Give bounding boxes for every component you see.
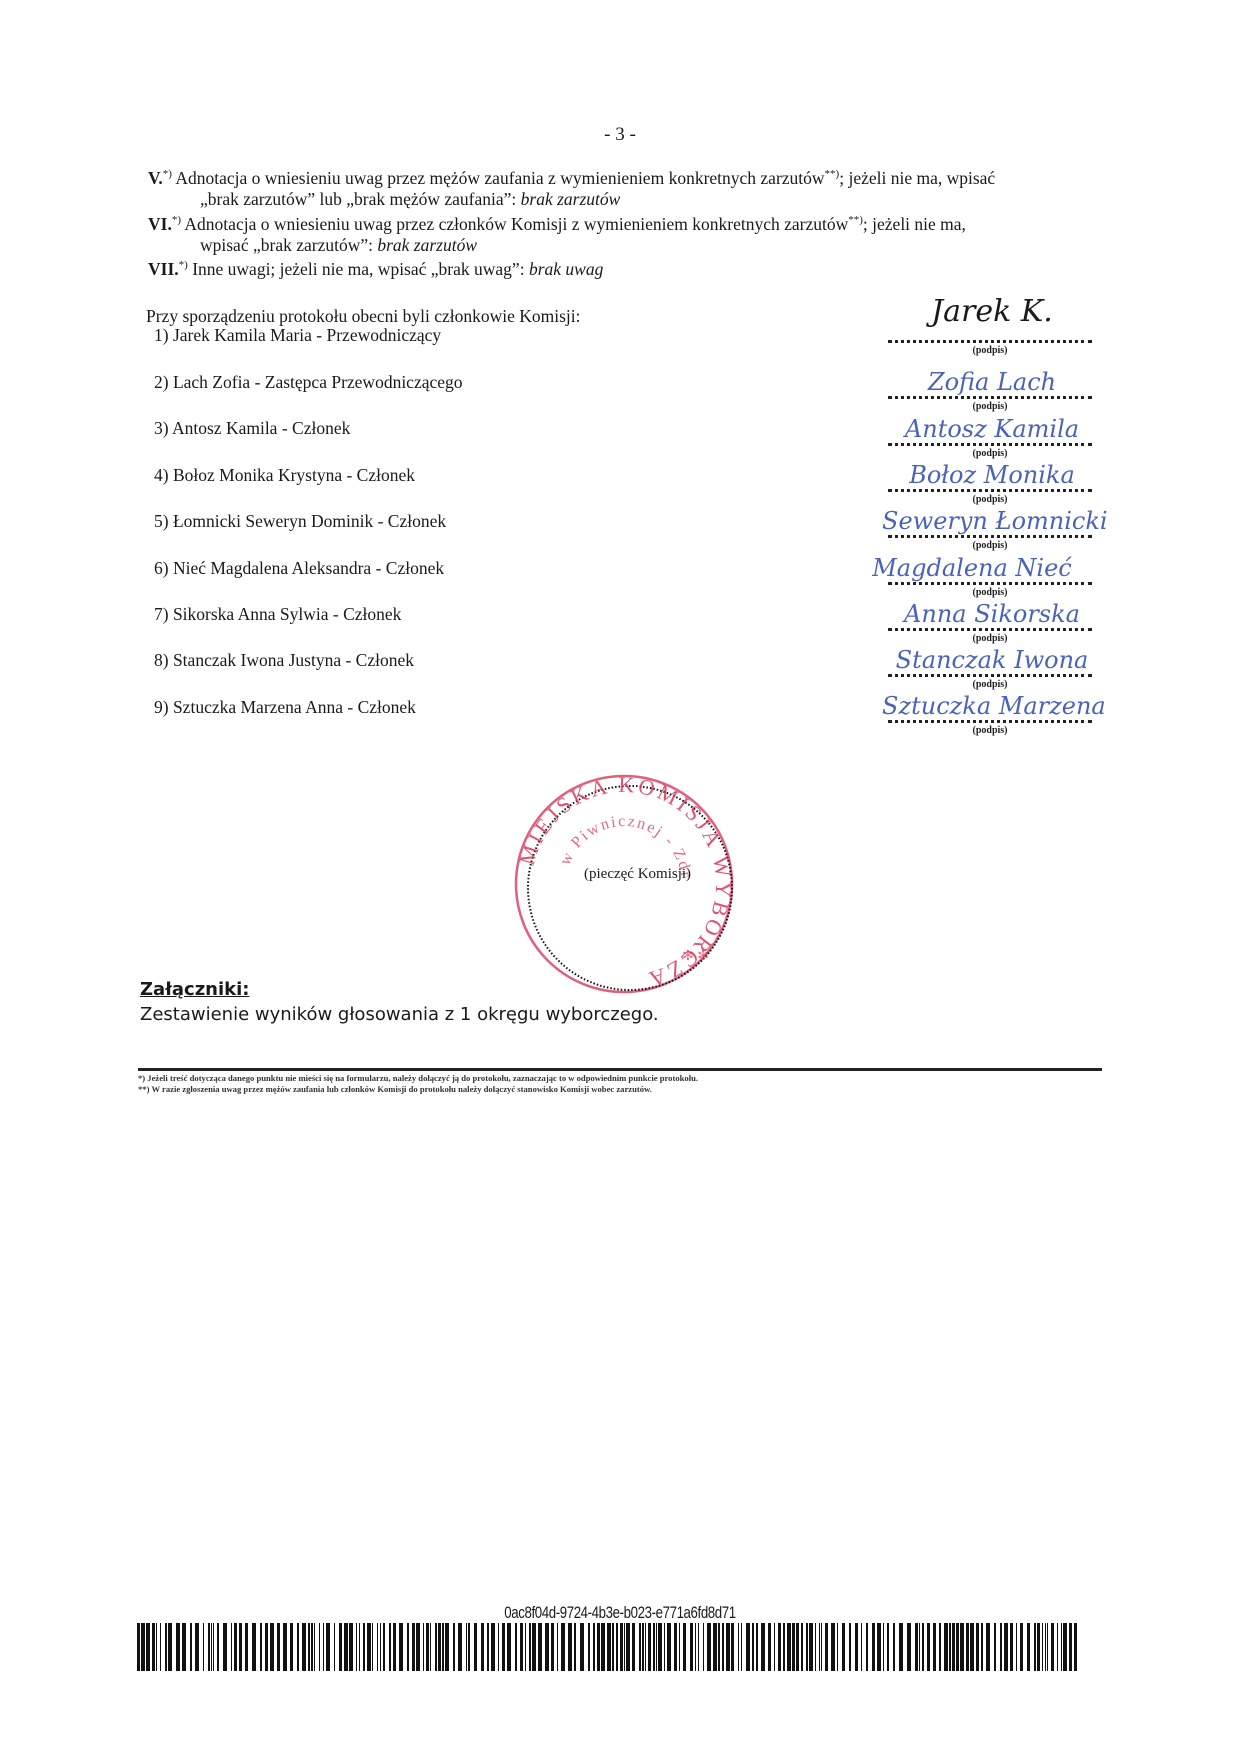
present-members-heading: Przy sporządzeniu protokołu obecni byli …	[146, 306, 581, 327]
barcode	[137, 1623, 1077, 1671]
section-label: VI.	[148, 214, 172, 234]
member-entry: 1) Jarek Kamila Maria - Przewodniczący	[154, 325, 441, 346]
section-text: Inne uwagi; jeżeli nie ma, wpisać „brak …	[192, 259, 529, 279]
signature-line	[888, 340, 1092, 343]
handwritten-signature: Antosz Kamila	[882, 415, 1102, 443]
signature-field: Anna Sikorska(podpis)	[888, 628, 1092, 644]
signature-field: Sztuczka Marzena(podpis)	[888, 720, 1092, 736]
signature-line	[888, 489, 1092, 492]
section-v: V.*) Adnotacja o wniesieniu uwag przez m…	[148, 168, 1118, 210]
signature-caption: (podpis)	[888, 725, 1092, 736]
signature-line	[888, 396, 1092, 399]
signature-field: Bołoz Monika(podpis)	[888, 489, 1092, 505]
member-entry: 9) Sztuczka Marzena Anna - Członek	[154, 697, 416, 718]
section-value: brak zarzutów	[377, 235, 477, 255]
handwritten-signature: Sztuczka Marzena	[882, 692, 1102, 720]
section-label: V.	[148, 168, 163, 188]
section-vi: VI.*) Adnotacja o wniesieniu uwag przez …	[148, 214, 1118, 256]
handwritten-signature: Anna Sikorska	[882, 600, 1102, 628]
signature-caption: (podpis)	[888, 540, 1092, 551]
signature-line	[888, 582, 1092, 585]
member-entry: 4) Bołoz Monika Krystyna - Członek	[154, 465, 415, 486]
signature-caption: (podpis)	[888, 633, 1092, 644]
page-number: - 3 -	[0, 124, 1240, 146]
section-vii: VII.*) Inne uwagi; jeżeli nie ma, wpisać…	[148, 259, 1118, 280]
member-entry: 6) Nieć Magdalena Aleksandra - Członek	[154, 558, 444, 579]
signature-caption: (podpis)	[888, 679, 1092, 690]
signature-caption: (podpis)	[888, 494, 1092, 505]
signature-field: Zofia Lach(podpis)	[888, 396, 1092, 412]
signature-field: Seweryn Łomnicki(podpis)	[888, 535, 1092, 551]
signature-caption: (podpis)	[888, 587, 1092, 598]
section-value: brak zarzutów	[521, 189, 621, 209]
member-entry: 5) Łomnicki Seweryn Dominik - Członek	[154, 511, 446, 532]
signature-line	[888, 674, 1092, 677]
footnote-2: **) W razie zgłoszenia uwag przez mężów …	[138, 1084, 652, 1094]
member-entry: 7) Sikorska Anna Sylwia - Członek	[154, 604, 401, 625]
handwritten-signature: Seweryn Łomnicki	[882, 507, 1102, 535]
handwritten-signature: Bołoz Monika	[882, 461, 1102, 489]
attachments-text: Zestawienie wyników głosowania z 1 okręg…	[140, 1004, 659, 1025]
commission-stamp: MIEJSKA KOMISJA WYBORCZA w Piwnicznej - …	[512, 772, 736, 996]
member-entry: 8) Stanczak Iwona Justyna - Członek	[154, 650, 414, 671]
section-text: Adnotacja o wniesieniu uwag przez mężów …	[175, 168, 824, 188]
signature-line	[888, 720, 1092, 723]
signature-field: Magdalena Nieć(podpis)	[888, 582, 1092, 598]
signature-field: Antosz Kamila(podpis)	[888, 443, 1092, 459]
stamp-caption: (pieczęć Komisji)	[584, 866, 691, 883]
signature-line	[888, 535, 1092, 538]
member-entry: 3) Antosz Kamila - Członek	[154, 418, 350, 439]
attachments-title: Załączniki:	[140, 979, 250, 1000]
handwritten-signature: Magdalena Nieć	[862, 554, 1082, 582]
signature-caption: (podpis)	[888, 401, 1092, 412]
handwritten-signature: Zofia Lach	[882, 368, 1102, 396]
signature-caption: (podpis)	[888, 345, 1092, 356]
signature-caption: (podpis)	[888, 448, 1092, 459]
section-label: VII.	[148, 259, 179, 279]
section-value: brak uwag	[529, 259, 603, 279]
member-entry: 2) Lach Zofia - Zastępca Przewodnicząceg…	[154, 372, 463, 393]
handwritten-signature: Stanczak Iwona	[882, 646, 1102, 674]
signature-line	[888, 443, 1092, 446]
star-icon: ✻ ✻	[682, 949, 709, 964]
footnote-1: *) Jeżeli treść dotycząca danego punktu …	[138, 1073, 698, 1083]
barcode-text: 0ac8f04d-9724-4b3e-b023-e771a6fd8d71	[136, 1603, 1103, 1623]
footnote-divider	[138, 1068, 1102, 1071]
signature-field: Jarek K.(podpis)	[888, 340, 1092, 356]
signature-line	[888, 628, 1092, 631]
signature-field: Stanczak Iwona(podpis)	[888, 674, 1092, 690]
section-text: Adnotacja o wniesieniu uwag przez członk…	[184, 214, 848, 234]
handwritten-signature: Jarek K.	[882, 294, 1102, 329]
